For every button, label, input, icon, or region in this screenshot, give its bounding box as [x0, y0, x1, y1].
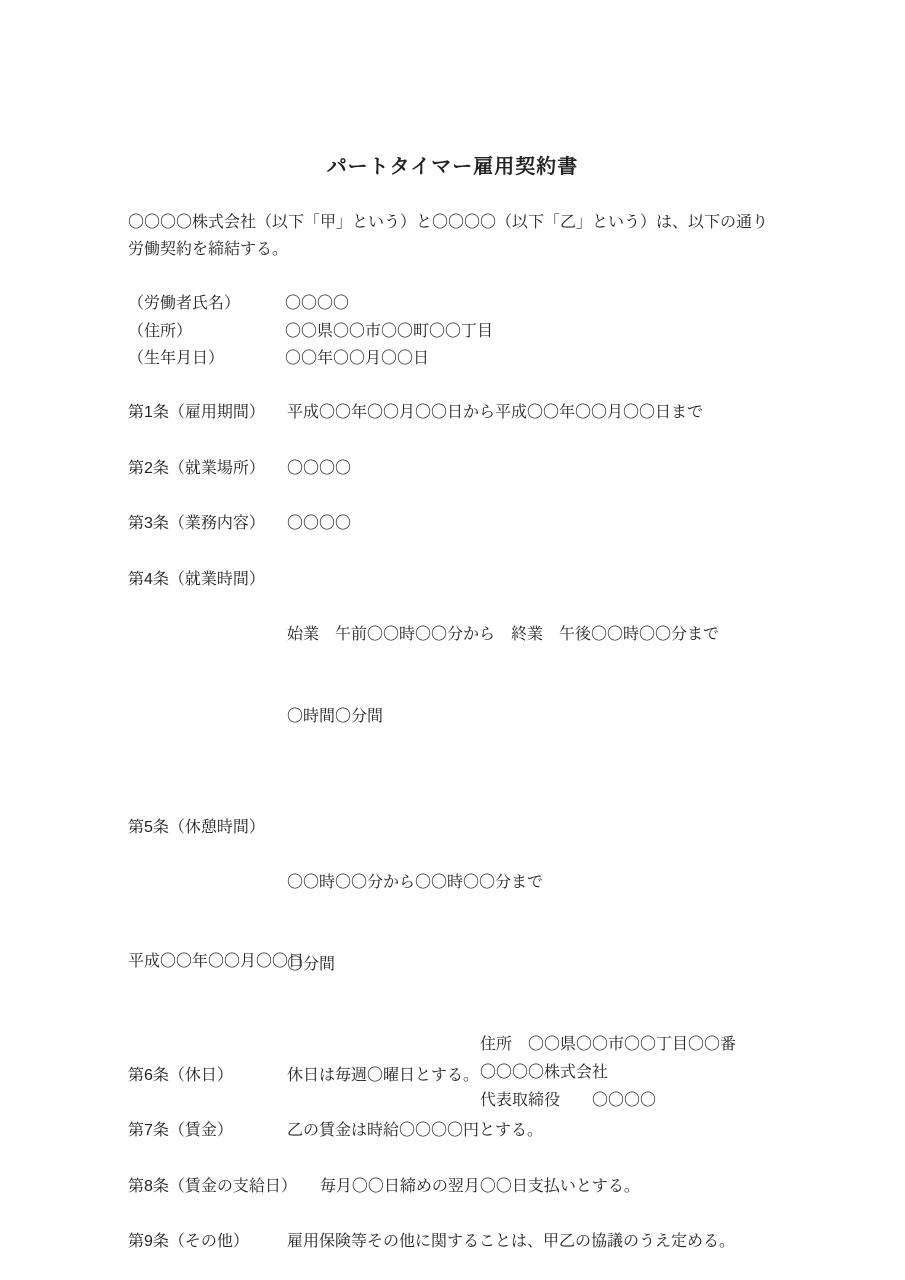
worker-birthdate-label: （生年月日）: [128, 345, 285, 373]
worker-info-section: （労働者氏名） 〇〇〇〇 （住所） 〇〇県〇〇市〇〇町〇〇丁目 （生年月日） 〇…: [128, 290, 808, 373]
article-6-body: 休日は毎週〇曜日とする。: [287, 1062, 479, 1090]
article-5-label: 第5条（休憩時間）: [128, 814, 287, 842]
article-7-body: 乙の賃金は時給〇〇〇〇円とする。: [287, 1117, 543, 1145]
worker-birthdate-value: 〇〇年〇〇月〇〇日: [285, 345, 429, 373]
worker-name-label: （労働者氏名）: [128, 290, 285, 318]
worker-name-value: 〇〇〇〇: [285, 290, 349, 318]
article-2-workplace: 第2条（就業場所） 〇〇〇〇: [128, 455, 828, 483]
article-7-label: 第7条（賃金）: [128, 1117, 287, 1145]
worker-birthdate-row: （生年月日） 〇〇年〇〇月〇〇日: [128, 345, 808, 373]
article-5-line-2: 〇分間: [287, 951, 543, 979]
article-2-body: 〇〇〇〇: [287, 455, 351, 483]
article-3-job-description: 第3条（業務内容） 〇〇〇〇: [128, 510, 828, 538]
worker-name-row: （労働者氏名） 〇〇〇〇: [128, 290, 808, 318]
article-2-label: 第2条（就業場所）: [128, 455, 287, 483]
article-3-body: 〇〇〇〇: [287, 510, 351, 538]
worker-address-row: （住所） 〇〇県〇〇市〇〇町〇〇丁目: [128, 318, 808, 346]
contract-date-line: 平成〇〇年〇〇月〇〇日: [128, 948, 304, 971]
article-5-body: 〇〇時〇〇分から〇〇時〇〇分まで 〇分間: [287, 814, 543, 1034]
article-4-label: 第4条（就業時間）: [128, 566, 287, 594]
article-4-body: 始業 午前〇〇時〇〇分から 終業 午後〇〇時〇〇分まで 〇時間〇分間: [287, 566, 719, 786]
page-title: パートタイマー雇用契約書: [0, 150, 905, 179]
signature-company-line: 〇〇〇〇株式会社: [480, 1059, 736, 1087]
article-8-label: 第8条（賃金の支給日）: [128, 1173, 297, 1201]
intro-line: 〇〇〇〇株式会社（以下「甲」という）と〇〇〇〇（以下「乙」という）は、以下の通り: [128, 209, 808, 236]
article-9-miscellaneous: 第9条（その他） 雇用保険等その他に関することは、甲乙の協議のうえ定める。: [128, 1228, 828, 1256]
articles-section: 第1条（雇用期間） 平成〇〇年〇〇月〇〇日から平成〇〇年〇〇月〇〇日まで 第2条…: [128, 399, 828, 1280]
article-3-label: 第3条（業務内容）: [128, 510, 287, 538]
article-9-label: 第9条（その他）: [128, 1228, 287, 1256]
document-page: パートタイマー雇用契約書 〇〇〇〇株式会社（以下「甲」という）と〇〇〇〇（以下「…: [0, 0, 905, 1280]
article-4-line-2: 〇時間〇分間: [287, 703, 719, 731]
signature-representative-line: 代表取締役 〇〇〇〇: [480, 1087, 736, 1115]
article-6-label: 第6条（休日）: [128, 1062, 287, 1090]
article-5-line-1: 〇〇時〇〇分から〇〇時〇〇分まで: [287, 869, 543, 897]
article-4-working-hours: 第4条（就業時間） 始業 午前〇〇時〇〇分から 終業 午後〇〇時〇〇分まで 〇時…: [128, 566, 828, 786]
intro-paragraph: 〇〇〇〇株式会社（以下「甲」という）と〇〇〇〇（以下「乙」という）は、以下の通り…: [128, 209, 808, 263]
signature-address-line: 住所 〇〇県〇〇市〇〇丁目〇〇番: [480, 1031, 736, 1059]
article-7-wages: 第7条（賃金） 乙の賃金は時給〇〇〇〇円とする。: [128, 1117, 828, 1145]
signature-block: 住所 〇〇県〇〇市〇〇丁目〇〇番 〇〇〇〇株式会社 代表取締役 〇〇〇〇: [480, 1031, 736, 1115]
article-9-body: 雇用保険等その他に関することは、甲乙の協議のうえ定める。: [287, 1228, 735, 1256]
article-1-label: 第1条（雇用期間）: [128, 399, 287, 427]
article-8-body: 毎月〇〇日締めの翌月〇〇日支払いとする。: [320, 1173, 640, 1201]
intro-line: 労働契約を締結する。: [128, 236, 808, 263]
article-8-payday: 第8条（賃金の支給日） 毎月〇〇日締めの翌月〇〇日支払いとする。: [128, 1173, 828, 1201]
article-4-line-1: 始業 午前〇〇時〇〇分から 終業 午後〇〇時〇〇分まで: [287, 621, 719, 649]
article-5-break-time: 第5条（休憩時間） 〇〇時〇〇分から〇〇時〇〇分まで 〇分間: [128, 814, 828, 1034]
worker-address-label: （住所）: [128, 318, 285, 346]
article-1-employment-period: 第1条（雇用期間） 平成〇〇年〇〇月〇〇日から平成〇〇年〇〇月〇〇日まで: [128, 399, 828, 427]
article-1-body: 平成〇〇年〇〇月〇〇日から平成〇〇年〇〇月〇〇日まで: [287, 399, 703, 427]
worker-address-value: 〇〇県〇〇市〇〇町〇〇丁目: [285, 318, 493, 346]
